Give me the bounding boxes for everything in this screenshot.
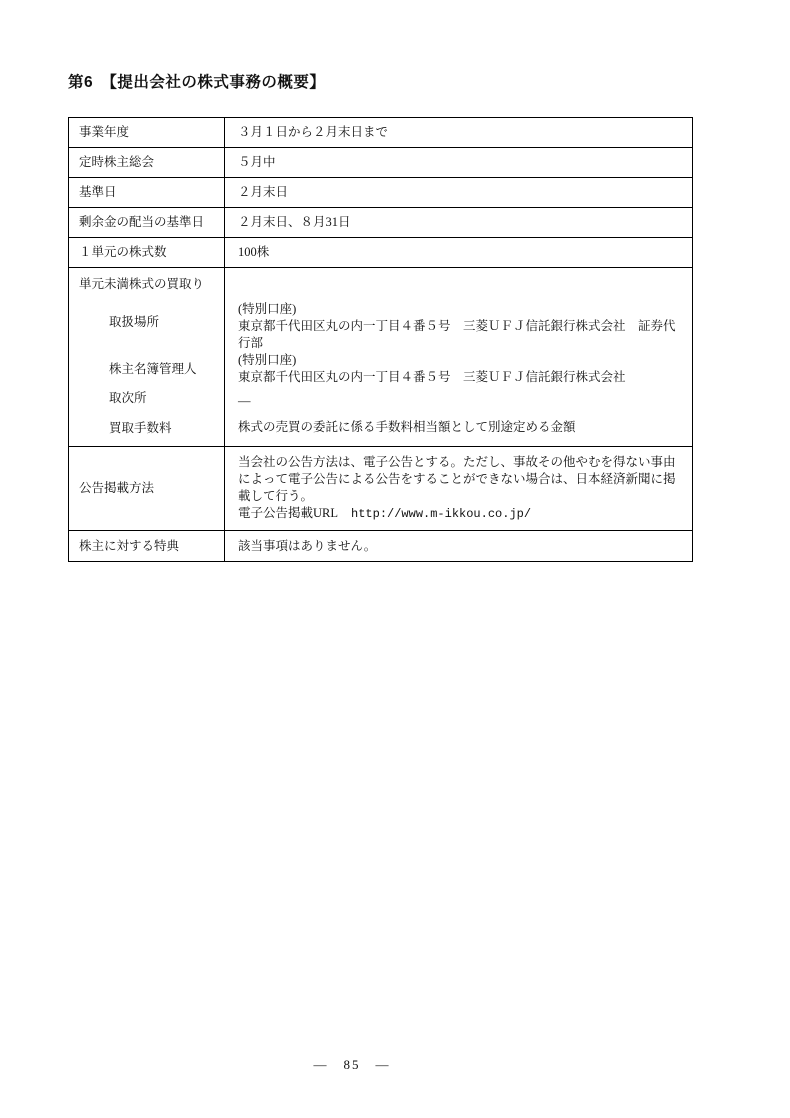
sub-row-value: (特別口座) 東京都千代田区丸の内一丁目４番５号 三菱ＵＦＪ信託銀行株式会社 証… [225,293,692,352]
buyback-main-label: 単元未満株式の買取り [79,276,204,293]
page-number: ― 85 ― [0,1054,704,1073]
buyback-fee-label: 買取手数料 [109,420,172,437]
public-notice-url: http://www.m-ikkou.co.jp/ [351,507,531,521]
row-label: 基準日 [69,178,225,207]
agency-label: 取次所 [109,390,147,407]
row-value: ２月末日、８月31日 [225,208,692,237]
sub-row-label: 取次所 [69,386,225,410]
table-row-record-date: 基準日 ２月末日 [69,178,692,208]
row-value: ３月１日から２月末日まで [225,118,692,147]
registrar-label: 株主名簿管理人 [109,361,197,378]
document-page: 第6 【提出会社の株式事務の概要】 事業年度 ３月１日から２月末日まで 定時株主… [0,0,790,1118]
table-row-shareholder-benefits: 株主に対する特典 該当事項はありません。 [69,531,692,561]
buyback-subtable: 単元未満株式の買取り 取扱場所 (特別口座) 東京都千代田区丸の内一丁目４番５号… [69,268,692,446]
sub-row-value: ― [225,386,692,410]
table-row-general-meeting: 定時株主総会 ５月中 [69,148,692,178]
table-row-business-year: 事業年度 ３月１日から２月末日まで [69,118,692,148]
public-notice-url-line: 電子公告掲載URLhttp://www.m-ikkou.co.jp/ [238,505,679,523]
sub-row-label: 取扱場所 [69,293,225,352]
sub-row-value: (特別口座) 東京都千代田区丸の内一丁目４番５号 三菱ＵＦＪ信託銀行株式会社 [225,352,692,386]
row-label: 公告掲載方法 [69,447,225,530]
row-label: 株主に対する特典 [69,531,225,561]
sub-row-label: 株主名簿管理人 [69,352,225,386]
table-row-dividend-record-date: 剰余金の配当の基準日 ２月末日、８月31日 [69,208,692,238]
row-label: 単元未満株式の買取り [69,268,225,293]
row-label: １単元の株式数 [69,238,225,267]
sub-row-label: 買取手数料 [69,410,225,446]
row-value: ５月中 [225,148,692,177]
row-label: 剰余金の配当の基準日 [69,208,225,237]
url-label: 電子公告掲載URL [238,506,338,520]
table-row-public-notice: 公告掲載方法 当会社の公告方法は、電子公告とする。ただし、事故その他やむを得ない… [69,447,692,531]
row-value-spacer [225,268,692,293]
row-value: ２月末日 [225,178,692,207]
handling-place-label: 取扱場所 [109,314,159,331]
table-row-share-unit: １単元の株式数 100株 [69,238,692,268]
row-label: 定時株主総会 [69,148,225,177]
public-notice-paragraph: 当会社の公告方法は、電子公告とする。ただし、事故その他やむを得ない事由によって電… [238,454,679,505]
row-value: 当会社の公告方法は、電子公告とする。ただし、事故その他やむを得ない事由によって電… [225,447,692,530]
section-title: 第6 【提出会社の株式事務の概要】 [68,70,325,92]
row-value: 該当事項はありません。 [225,531,692,561]
row-value: 100株 [225,238,692,267]
share-administration-table: 事業年度 ３月１日から２月末日まで 定時株主総会 ５月中 基準日 ２月末日 剰余… [68,117,693,562]
row-label: 事業年度 [69,118,225,147]
table-row-odd-lot-buyback: 単元未満株式の買取り 取扱場所 (特別口座) 東京都千代田区丸の内一丁目４番５号… [69,268,692,447]
sub-row-value: 株式の売買の委託に係る手数料相当額として別途定める金額 [225,410,692,446]
